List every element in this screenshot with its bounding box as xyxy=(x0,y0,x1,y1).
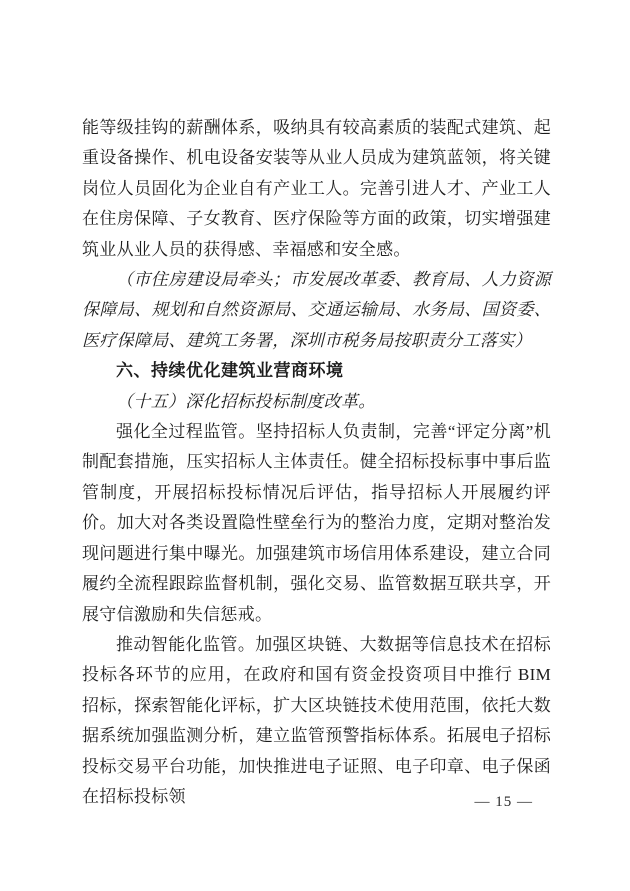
document-page: 能等级挂钩的薪酬体系，吸纳具有较高素质的装配式建筑、起重设备操作、机电设备安装等… xyxy=(0,0,630,891)
paragraph-continuation: 能等级挂钩的薪酬体系，吸纳具有较高素质的装配式建筑、起重设备操作、机电设备安装等… xyxy=(82,113,551,265)
section-heading: 六、持续优化建筑业营商环境 xyxy=(82,356,551,386)
page-number: — 15 — xyxy=(0,792,533,812)
responsibility-note: （市住房建设局牵头；市发展改革委、教育局、人力资源保障局、规划和自然资源局、交通… xyxy=(82,265,551,356)
paragraph-smart-regulation: 推动智能化监管。加强区块链、大数据等信息技术在招标投标各环节的应用，在政府和国有… xyxy=(82,630,551,812)
document-body: 能等级挂钩的薪酬体系，吸纳具有较高素质的装配式建筑、起重设备操作、机电设备安装等… xyxy=(82,113,551,812)
paragraph-supervision: 强化全过程监管。坚持招标人负责制，完善“评定分离”机制配套措施，压实招标人主体责… xyxy=(82,417,551,630)
subsection-heading: （十五）深化招标投标制度改革。 xyxy=(82,387,551,417)
